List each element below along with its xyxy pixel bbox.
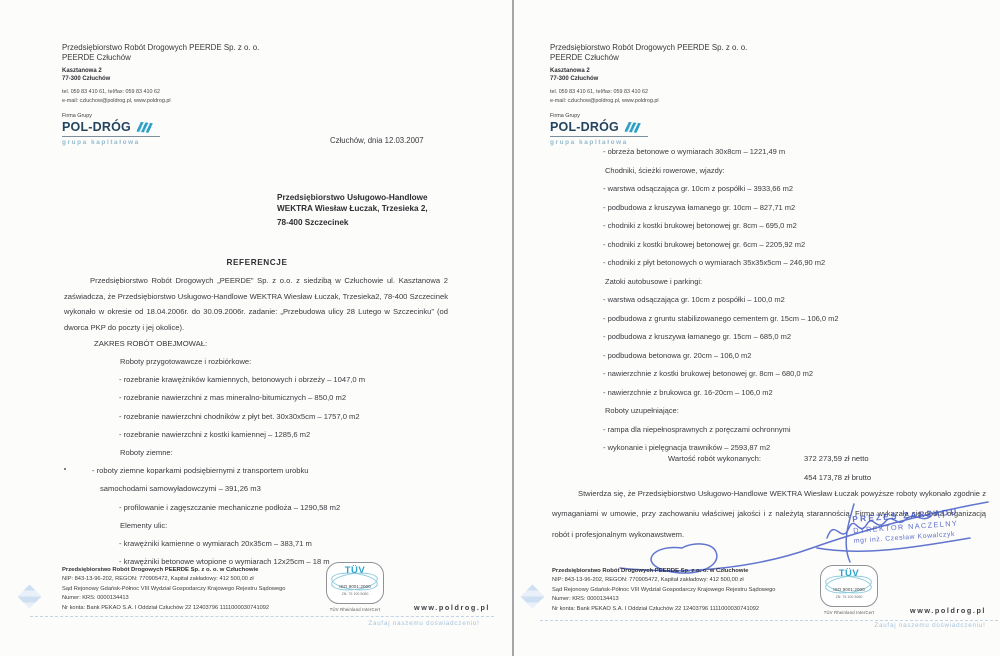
tuv-iso-label: ISO 9001:2000 bbox=[821, 587, 877, 592]
group-label: Firma Grupy bbox=[62, 113, 302, 119]
footer-line: Numer: KRS: 0000134413 bbox=[62, 594, 362, 603]
work-line: - warstwa odsączająca gr. 10cm z pospółk… bbox=[603, 291, 992, 310]
tuv-word: TÜV bbox=[821, 568, 877, 579]
tuv-certificate-badge: TÜV ISO 9001:2000 ZN: 75 100 5080 TÜV Rh… bbox=[814, 565, 884, 615]
footer-line: NIP: 843-13-96-202, REGON: 770905472, Ka… bbox=[62, 575, 362, 584]
work-line: - chodniki z kostki brukowej betonowej g… bbox=[603, 217, 992, 236]
tuv-caption: TÜV Rheinland InterCert bbox=[814, 610, 884, 615]
street-line: Kasztanowa 2 bbox=[62, 67, 302, 75]
work-line: - profilowanie i zagęszczanie mechaniczn… bbox=[119, 499, 502, 517]
company-name-line2: PEERDE Człuchów bbox=[550, 53, 790, 63]
work-line: - wykonanie i pielęgnacja trawników – 25… bbox=[603, 439, 992, 458]
work-line: Elementy ulic: bbox=[120, 517, 502, 535]
work-list-page2: - obrzeża betonowe o wymiarach 30x8cm – … bbox=[552, 143, 992, 458]
logo-subtext: grupa kapitałowa bbox=[62, 139, 302, 146]
work-line: - roboty ziemne koparkami podsiębiernymi… bbox=[92, 462, 502, 480]
page-2: Przedsiębiorstwo Robót Drogowych PEERDE … bbox=[514, 0, 1000, 656]
addressee-block: Przedsiębiorstwo Usługowo-Handlowe WEKTR… bbox=[277, 192, 428, 228]
website-link: www.poldrog.pl bbox=[910, 606, 986, 615]
company-address: Kasztanowa 2 77-300 Człuchów bbox=[550, 67, 790, 83]
slogan-text: Zaufaj naszemu doświadczeniu! bbox=[364, 620, 484, 627]
work-line: - chodniki z płyt betonowych o wymiarach… bbox=[603, 254, 992, 273]
footer-line: Numer: KRS: 0000134413 bbox=[552, 595, 852, 604]
footer-line: Nr konta: Bank PEKAO S.A. I Oddział Człu… bbox=[552, 605, 852, 614]
letterhead: Przedsiębiorstwo Robót Drogowych PEERDE … bbox=[550, 43, 790, 146]
company-name-line2: PEERDE Człuchów bbox=[62, 53, 302, 63]
value-label: Wartość robót wykonanych: bbox=[668, 454, 761, 463]
letterhead: Przedsiębiorstwo Robót Drogowych PEERDE … bbox=[62, 43, 302, 146]
work-line: - nawierzchnie z brukowca gr. 16-20cm – … bbox=[603, 384, 992, 403]
work-line: Roboty przygotowawcze i rozbiórkowe: bbox=[120, 353, 502, 371]
footer-line: Przedsiębiorstwo Robót Drogowych PEERDE … bbox=[62, 566, 362, 575]
work-line: - nawierzchnie z kostki brukowej betonow… bbox=[603, 365, 992, 384]
work-line: Roboty uzupełniające: bbox=[605, 402, 992, 421]
footer-line: Sąd Rejonowy Gdańsk-Północ VIII Wydział … bbox=[552, 586, 852, 595]
work-line: - obrzeża betonowe o wymiarach 30x8cm – … bbox=[603, 143, 992, 162]
company-name: Przedsiębiorstwo Robót Drogowych PEERDE … bbox=[62, 43, 302, 62]
page-1: Przedsiębiorstwo Robót Drogowych PEERDE … bbox=[0, 0, 510, 656]
work-line: - rampa dla niepełnosprawnych z poręczam… bbox=[603, 421, 992, 440]
pol-drog-logo-text: POL-DRÓG bbox=[550, 120, 619, 134]
diamond-watermark-icon bbox=[17, 584, 41, 608]
street-line: Kasztanowa 2 bbox=[550, 67, 790, 75]
scope-heading: ZAKRES ROBÓT OBEJMOWAŁ: bbox=[94, 339, 207, 348]
phone-line: tel. 059 83 410 61, tel/fax: 059 83 410 … bbox=[550, 88, 790, 97]
work-list-page1: Roboty przygotowawcze i rozbiórkowe:- ro… bbox=[62, 353, 502, 571]
work-line: Chodniki, ścieżki rowerowe, wjazdy: bbox=[605, 162, 992, 181]
value-brutto: 454 173,78 zł brutto bbox=[804, 473, 871, 482]
work-line: - chodniki z kostki brukowej betonowej g… bbox=[603, 236, 992, 255]
company-name-line1: Przedsiębiorstwo Robót Drogowych PEERDE … bbox=[550, 43, 790, 53]
work-line: Roboty ziemne: bbox=[120, 444, 502, 462]
phone-line: tel. 059 83 410 61, tel/fax: 059 83 410 … bbox=[62, 88, 302, 97]
company-name-line1: Przedsiębiorstwo Robót Drogowych PEERDE … bbox=[62, 43, 302, 53]
tuv-word: TÜV bbox=[327, 565, 383, 576]
work-line: - krawężniki kamienne o wymiarach 20x35c… bbox=[119, 535, 502, 553]
work-line: - podbudowa z kruszywa łamanego gr. 10cm… bbox=[603, 199, 992, 218]
company-contact: tel. 059 83 410 61, tel/fax: 059 83 410 … bbox=[550, 88, 790, 105]
addressee-line: WEKTRA Wiesław Łuczak, Trzesieka 2, bbox=[277, 203, 428, 214]
perforation-line bbox=[540, 620, 998, 621]
footer-block: Przedsiębiorstwo Robót Drogowych PEERDE … bbox=[552, 567, 852, 614]
email-line: e-mail: czluchow@poldrog.pl, www.poldrog… bbox=[550, 97, 790, 106]
footer-line: Sąd Rejonowy Gdańsk-Północ VIII Wydział … bbox=[62, 585, 362, 594]
email-line: e-mail: czluchow@poldrog.pl, www.poldrog… bbox=[62, 97, 302, 106]
tuv-caption: TÜV Rheinland InterCert bbox=[320, 607, 390, 612]
work-line: - warstwa odsączająca gr. 10cm z pospółk… bbox=[603, 180, 992, 199]
work-line: - rozebranie krawężników kamiennych, bet… bbox=[119, 371, 502, 389]
addressee-line: Przedsiębiorstwo Usługowo-Handlowe bbox=[277, 192, 428, 203]
tuv-zn-label: ZN: 75 100 5080 bbox=[327, 592, 383, 596]
value-netto: 372 273,59 zł netto bbox=[804, 454, 869, 463]
intro-paragraph: Przedsiębiorstwo Robót Drogowych „PEERDE… bbox=[64, 273, 448, 335]
work-line: samochodami samowyładowczymi – 391,26 m3 bbox=[100, 480, 502, 498]
scanned-document-canvas: Przedsiębiorstwo Robót Drogowych PEERDE … bbox=[0, 0, 1000, 656]
tuv-certificate-badge: TÜV ISO 9001:2000 ZN: 75 100 5080 TÜV Rh… bbox=[320, 562, 390, 612]
work-line: - podbudowa z gruntu stabilizowanego cem… bbox=[603, 310, 992, 329]
date-line: Człuchów, dnia 12.03.2007 bbox=[330, 136, 424, 145]
pol-drog-logo: POL-DRÓG bbox=[550, 120, 648, 137]
tuv-iso-label: ISO 9001:2000 bbox=[327, 584, 383, 589]
company-name: Przedsiębiorstwo Robót Drogowych PEERDE … bbox=[550, 43, 790, 62]
work-line: - rozebranie nawierzchni z mas mineralno… bbox=[119, 389, 502, 407]
work-line: - podbudowa betonowa gr. 20cm – 106,0 m2 bbox=[603, 347, 992, 366]
company-address: Kasztanowa 2 77-300 Człuchów bbox=[62, 67, 302, 83]
work-line: - rozebranie nawierzchni chodników z pły… bbox=[119, 408, 502, 426]
work-line: - podbudowa z kruszywa łamanego gr. 15cm… bbox=[603, 328, 992, 347]
city-line: 77-300 Człuchów bbox=[62, 75, 302, 83]
city-line: 77-300 Człuchów bbox=[550, 75, 790, 83]
tuv-badge-frame: TÜV ISO 9001:2000 ZN: 75 100 5080 bbox=[326, 562, 384, 604]
pol-drog-logo: POL-DRÓG bbox=[62, 120, 160, 137]
company-contact: tel. 059 83 410 61, tel/fax: 059 83 410 … bbox=[62, 88, 302, 105]
logo-brush-icon bbox=[136, 122, 153, 133]
tuv-badge-frame: TÜV ISO 9001:2000 ZN: 75 100 5080 bbox=[820, 565, 878, 607]
pol-drog-logo-text: POL-DRÓG bbox=[62, 120, 131, 134]
tuv-zn-label: ZN: 75 100 5080 bbox=[821, 595, 877, 599]
document-title: REFERENCJE bbox=[62, 258, 452, 267]
work-line: - rozebranie nawierzchni z kostki kamien… bbox=[119, 426, 502, 444]
addressee-line: 78-400 Szczecinek bbox=[277, 217, 428, 228]
group-label: Firma Grupy bbox=[550, 113, 790, 119]
footer-line: NIP: 843-13-96-202, REGON: 770905472, Ka… bbox=[552, 576, 852, 585]
website-link: www.poldrog.pl bbox=[414, 603, 490, 612]
logo-brush-icon bbox=[624, 122, 641, 133]
footer-block: Przedsiębiorstwo Robót Drogowych PEERDE … bbox=[62, 566, 362, 613]
perforation-line bbox=[30, 616, 494, 617]
slogan-text: Zaufaj naszemu doświadczeniu! bbox=[870, 622, 990, 629]
diamond-watermark-icon bbox=[520, 584, 544, 608]
footer-line: Przedsiębiorstwo Robót Drogowych PEERDE … bbox=[552, 567, 852, 576]
work-line: Zatoki autobusowe i parkingi: bbox=[605, 273, 992, 292]
footer-line: Nr konta: Bank PEKAO S.A. I Oddział Człu… bbox=[62, 604, 362, 613]
